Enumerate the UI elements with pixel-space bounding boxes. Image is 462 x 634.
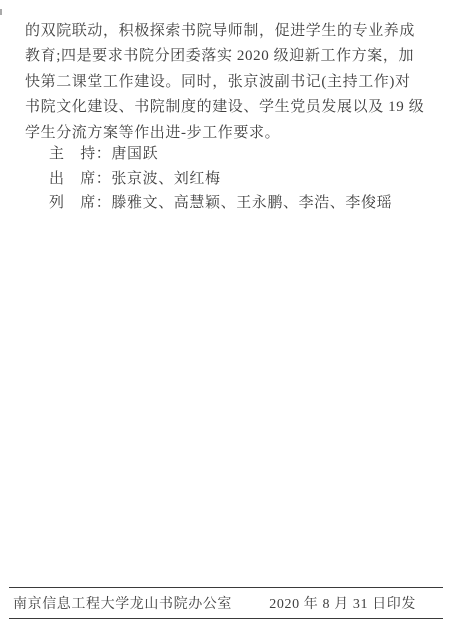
paragraph-line-4: 书院文化建设、书院制度的建设、学生党员发展以及 19 级 (25, 95, 424, 120)
paragraph-line-1: 的双院联动，积极探索书院导师制，促进学生的专业养成 (25, 19, 424, 44)
paragraph-line-2: 教育;四是要求书院分团委落实 2020 级迎新工作方案，加 (25, 44, 424, 69)
meeting-summary-paragraph: 的双院联动，积极探索书院导师制，促进学生的专业养成 教育;四是要求书院分团委落实… (25, 19, 424, 146)
paragraph-line-3: 快第二课堂工作建设。同时，张京波副书记(主持工作)对 (25, 70, 424, 95)
observers-line: 列 席：滕雅文、高慧颖、王永鹏、李浩、李俊瑶 (49, 191, 392, 216)
observers-label: 列 席： (49, 195, 111, 211)
host-names: 唐国跃 (111, 146, 158, 162)
print-date: 2020 年 8 月 31 日印发 (269, 593, 416, 613)
host-line: 主 持：唐国跃 (49, 142, 392, 167)
host-label: 主 持： (49, 146, 111, 162)
observers-names: 滕雅文、高慧颖、王永鹏、李浩、李俊瑶 (111, 195, 392, 211)
attendees-names: 张京波、刘红梅 (111, 171, 220, 187)
attendees-line: 出 席：张京波、刘红梅 (49, 167, 392, 192)
document-page: 的双院联动，积极探索书院导师制，促进学生的专业养成 教育;四是要求书院分团委落实… (0, 0, 462, 634)
issuing-office: 南京信息工程大学龙山书院办公室 (13, 593, 232, 613)
document-footer: 南京信息工程大学龙山书院办公室 2020 年 8 月 31 日印发 (9, 587, 443, 619)
attendees-label: 出 席： (49, 171, 111, 187)
attendee-roster: 主 持：唐国跃 出 席：张京波、刘红梅 列 席：滕雅文、高慧颖、王永鹏、李浩、李… (49, 142, 392, 216)
scan-edge-artifact (0, 9, 2, 15)
